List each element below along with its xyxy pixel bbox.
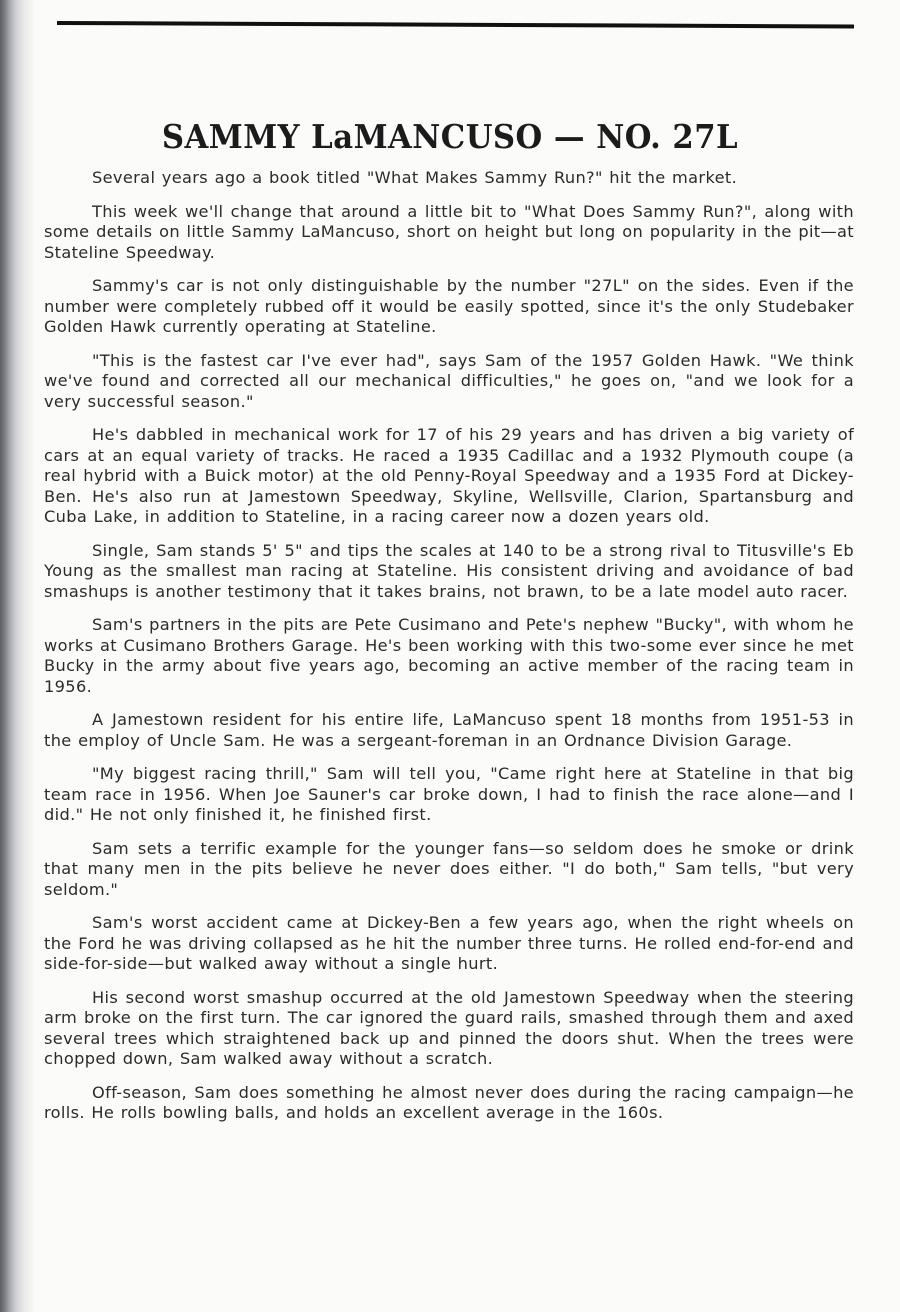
article-body: Several years ago a book titled "What Ma… xyxy=(44,168,854,1137)
paragraph-worst-accident: Sam's worst accident came at Dickey-Ben … xyxy=(44,913,854,975)
article-title: SAMMY LaMANCUSO — NO. 27L xyxy=(32,117,869,156)
paragraph-military-service: A Jamestown resident for his entire life… xyxy=(44,710,854,751)
paragraph-off-season: Off-season, Sam does something he almost… xyxy=(44,1083,854,1124)
paragraph-intro: Several years ago a book titled "What Ma… xyxy=(44,168,854,189)
page-binding-shadow xyxy=(0,0,34,1312)
paragraph-racing-history: He's dabbled in mechanical work for 17 o… xyxy=(44,425,854,528)
paragraph-car-number: Sammy's car is not only distinguishable … xyxy=(44,276,854,338)
paragraph-example-for-fans: Sam sets a terrific example for the youn… xyxy=(44,839,854,901)
top-rule-divider xyxy=(57,21,854,28)
paragraph-pit-partners: Sam's partners in the pits are Pete Cusi… xyxy=(44,615,854,697)
paragraph-what-does-sammy-run: This week we'll change that around a lit… xyxy=(44,202,854,264)
paragraph-second-worst-smashup: His second worst smashup occurred at the… xyxy=(44,988,854,1070)
paragraph-physical-stats: Single, Sam stands 5' 5" and tips the sc… xyxy=(44,541,854,603)
paragraph-fastest-car-quote: "This is the fastest car I've ever had",… xyxy=(44,351,854,413)
paragraph-biggest-thrill: "My biggest racing thrill," Sam will tel… xyxy=(44,764,854,826)
